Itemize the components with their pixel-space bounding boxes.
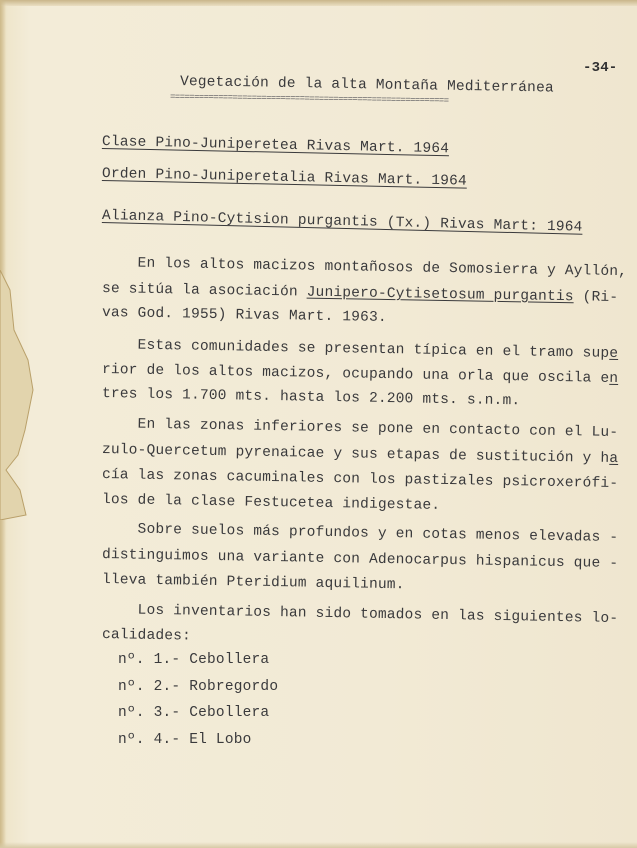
p1-line-3: vas God. 1955) Rivas Mart. 1963. (102, 305, 387, 326)
p2-line-2-text: rior de los altos macizos, ocupando una … (102, 362, 610, 387)
locality-item: nº. 1.- Cebollera (118, 652, 269, 668)
p4-line-3: lleva también Pteridium aquilinum. (102, 572, 405, 593)
p5-line-2: calidades: (102, 627, 191, 645)
locality-item: nº. 4.- El Lobo (118, 732, 252, 748)
p1-line-2: se sitúa la asociación Junipero-Cytiseto… (102, 281, 618, 306)
heading-clase: Clase Pino-Juniperetea Rivas Mart. 1964 (102, 134, 449, 157)
p3-line-2: zulo-Quercetum pyrenaicae y sus etapas d… (102, 442, 618, 467)
paper-bottom-edge (0, 842, 637, 848)
p3-line-4: los de la clase Festucetea indigestae. (102, 492, 440, 514)
heading-alianza: Alianza Pino-Cytision purgantis (Tx.) Ri… (102, 208, 583, 236)
p2-line-2-underlined: n (609, 371, 618, 387)
locality-item: nº. 2.- Robregordo (118, 679, 278, 695)
p1-line-2-pre: se sitúa la asociación (102, 281, 307, 301)
title-double-rule: ========================================… (170, 92, 449, 106)
p2-line-1-text: Estas comunidades se presentan típica en… (102, 337, 610, 362)
p2-line-3: tres los 1.700 mts. hasta los 2.200 mts.… (102, 386, 521, 409)
paper-top-edge (0, 0, 637, 6)
p1-line-2-post: (Ri- (574, 289, 619, 306)
p1-line-1: En los altos macizos montañosos de Somos… (102, 255, 627, 280)
p3-line-2-text: zulo-Quercetum pyrenaicae y sus etapas d… (102, 442, 610, 467)
p5-line-1: Los inventarios han sido tomados en las … (102, 602, 618, 627)
p4-line-1: Sobre suelos más profundos y en cotas me… (102, 521, 618, 546)
p2-line-1: Estas comunidades se presentan típica en… (102, 337, 618, 362)
page-number: -34- (583, 60, 617, 76)
p2-line-1-underlined: e (609, 346, 618, 362)
document-page: -34- Vegetación de la alta Montaña Medit… (0, 0, 637, 848)
torn-paper-edge (0, 270, 40, 520)
heading-orden: Orden Pino-Juniperetalia Rivas Mart. 196… (102, 166, 467, 190)
p2-line-2: rior de los altos macizos, ocupando una … (102, 362, 618, 387)
p3-line-3: cía las zonas cacuminales con los pastiz… (102, 467, 618, 492)
p3-line-1: En las zonas inferiores se pone en conta… (102, 416, 618, 441)
p4-line-2: distinguimos una variante con Adenocarpu… (102, 547, 618, 572)
p3-line-2-underlined: a (609, 451, 618, 467)
locality-item: nº. 3.- Cebollera (118, 705, 269, 721)
association-name: Junipero-Cytisetosum purgantis (307, 285, 574, 306)
